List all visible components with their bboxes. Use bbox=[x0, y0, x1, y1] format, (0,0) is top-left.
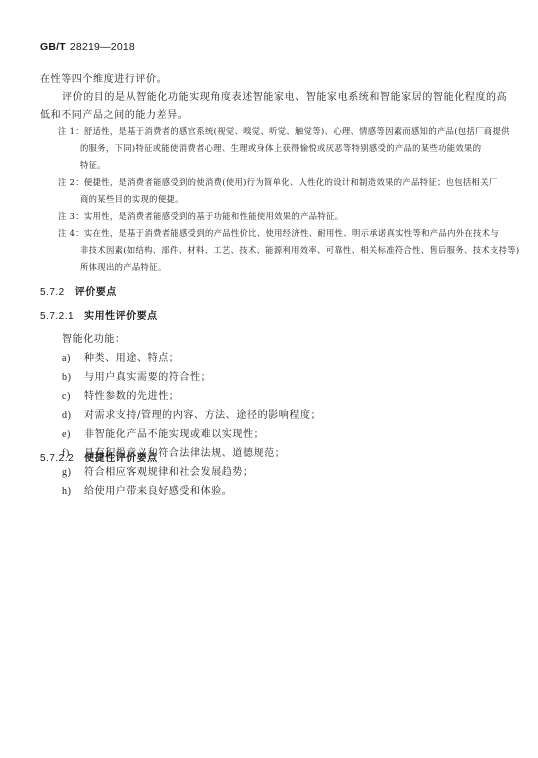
note-4: 注 4：实在性，是基于消费者能感受到的产品性价比、使用经济性、耐用性、明示承诺真… bbox=[58, 227, 499, 239]
list-item: a)种类、用途、特点； bbox=[62, 349, 179, 364]
intro-line-3: 低和不同产品之间的能力差异。 bbox=[40, 106, 188, 121]
section-heading-5-7-2-1: 5.7.2.1实用性评价要点 bbox=[40, 307, 158, 322]
note-1-line-3: 特征。 bbox=[80, 159, 106, 171]
section-lead: 智能化功能： bbox=[62, 330, 126, 345]
document-page: GB/T28219—2018 在性等四个维度进行评价。 评价的目的是从智能化功能… bbox=[0, 0, 538, 758]
list-item: h)给使用户带来良好感受和体验。 bbox=[62, 482, 232, 497]
standard-prefix: GB/T bbox=[40, 41, 66, 53]
note-label: 注 2： bbox=[58, 177, 84, 187]
standard-code: 28219—2018 bbox=[70, 41, 135, 53]
intro-line-2: 评价的目的是从智能化功能实现角度表述智能家电、智能家电系统和智能家居的智能化程度… bbox=[62, 88, 507, 103]
note-label: 注 4： bbox=[58, 228, 84, 238]
section-number: 5.7.2.1 bbox=[40, 311, 74, 322]
section-title: 评价要点 bbox=[75, 287, 117, 298]
list-item: e)非智能化产品不能实现或难以实现性； bbox=[62, 425, 264, 440]
note-2-line-2: 商的某些目的实现的便捷。 bbox=[80, 193, 184, 205]
note-3: 注 3：实用性，是消费者能感受到的基于功能和性能使用效果的产品特征。 bbox=[58, 210, 343, 222]
note-text: 实用性，是消费者能感受到的基于功能和性能使用效果的产品特征。 bbox=[84, 211, 343, 221]
note-1-line-2: 的服务，下同)特征或能使消费者心理、生理或身体上获得愉悦或厌恶等特别感受的产品的… bbox=[80, 142, 481, 154]
list-item: g)符合相应客观规律和社会发展趋势； bbox=[62, 463, 254, 478]
note-4-line-2: 非技术因素(如结构、部件、材料、工艺、技术、能源利用效率、可靠性、相关标准符合性… bbox=[80, 244, 520, 256]
section-title: 实用性评价要点 bbox=[84, 311, 158, 322]
list-item: b)与用户真实需要的符合性； bbox=[62, 368, 211, 383]
list-item: f)具有积极意义和符合法律法规、道德规范； bbox=[62, 444, 285, 459]
intro-line-1: 在性等四个维度进行评价。 bbox=[40, 70, 167, 85]
section-number: 5.7.2 bbox=[40, 287, 65, 298]
note-2: 注 2：便捷性，是消费者能感受到的使消费(使用)行为简单化、人性化的设计和制造效… bbox=[58, 176, 498, 188]
note-text: 舒适性，是基于消费者的感官系统(视觉、嗅觉、听觉、触觉等)、心理、情感等因素而感… bbox=[84, 126, 510, 136]
list-item: d)对需求支持/管理的内容、方法、途径的影响程度； bbox=[62, 406, 321, 421]
note-text: 便捷性，是消费者能感受到的使消费(使用)行为简单化、人性化的设计和制造效果的产品… bbox=[84, 177, 498, 187]
note-label: 注 1： bbox=[58, 126, 84, 136]
note-text: 实在性，是基于消费者能感受到的产品性价比、使用经济性、耐用性、明示承诺真实性等和… bbox=[84, 228, 499, 238]
page-header: GB/T28219—2018 bbox=[40, 41, 135, 53]
note-label: 注 3： bbox=[58, 211, 84, 221]
list-item: c)特性参数的先进性； bbox=[62, 387, 179, 402]
section-heading-5-7-2: 5.7.2评价要点 bbox=[40, 283, 117, 298]
note-4-line-3: 所体现出的产品特征。 bbox=[80, 261, 166, 273]
note-1: 注 1：舒适性，是基于消费者的感官系统(视觉、嗅觉、听觉、触觉等)、心理、情感等… bbox=[58, 125, 510, 137]
